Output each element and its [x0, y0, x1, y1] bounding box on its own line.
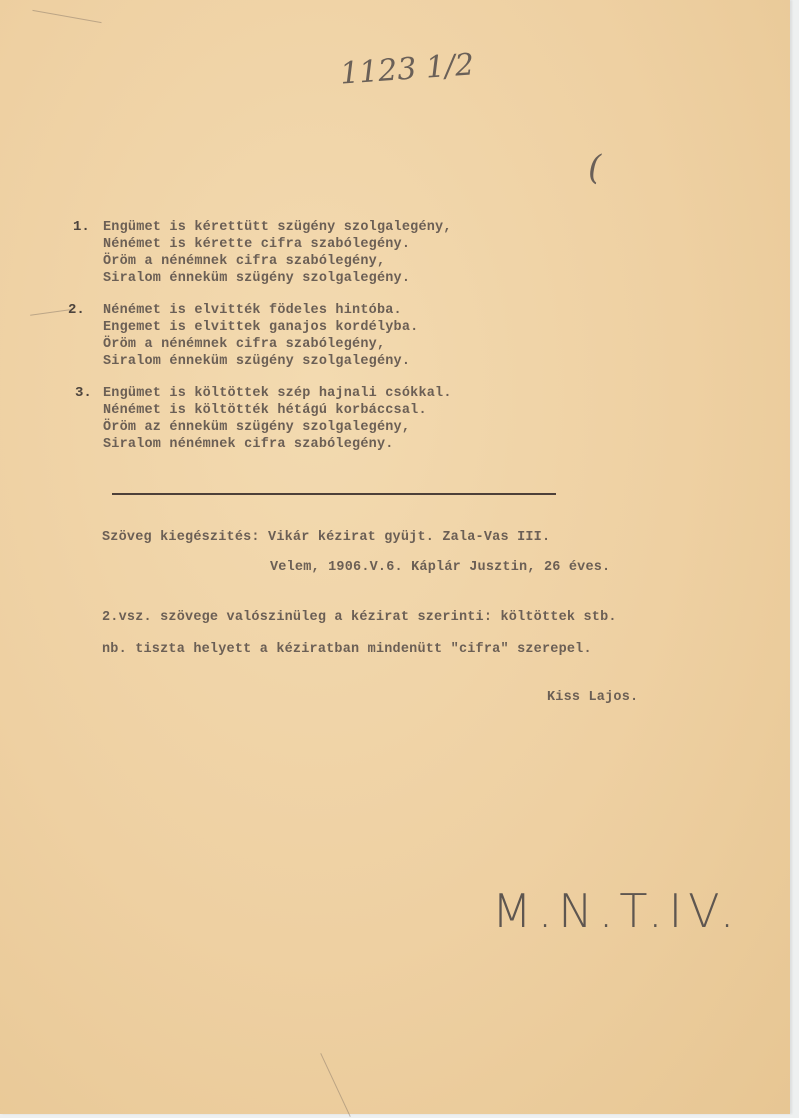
nb-note: nb. tiszta helyett a kéziratban mindenüt… — [102, 641, 592, 658]
collection-note: Velem, 1906.V.6. Káplár Jusztin, 26 éves… — [270, 559, 610, 576]
verse-line: Öröm a nénémnek cifra szabólegény, — [103, 253, 385, 270]
verse-line: Siralom énneküm szügény szolgalegény. — [103, 270, 410, 287]
verse-number: 1. — [73, 219, 90, 235]
verse-line: Engümet is kérettütt szügény szolgalegén… — [103, 219, 452, 236]
verse-line: Engümet is költöttek szép hajnali csókka… — [103, 385, 452, 402]
verse-line: Nénémet is költötték hétágú korbáccsal. — [103, 402, 427, 419]
catalog-number: 1123 1/2 — [339, 47, 475, 91]
source-note: Szöveg kiegészités: Vikár kézirat gyüjt.… — [102, 529, 550, 546]
footer-mark: M.N.T.IV. — [492, 884, 740, 938]
margin-mark: ( — [588, 148, 601, 188]
verse-number: 3. — [75, 385, 92, 401]
document-page: 1123 1/2 ( 1. Engümet is kérettütt szügé… — [0, 0, 790, 1114]
verse-line: Siralom énneküm szügény szolgalegény. — [103, 353, 410, 370]
verse-line: Nénémet is elvitték födeles hintóba. — [103, 302, 402, 319]
paper-crease — [320, 1053, 350, 1117]
verse-note: 2.vsz. szövege valószinüleg a kézirat sz… — [102, 609, 617, 626]
verse-line: Öröm a nénémnek cifra szabólegény, — [103, 336, 385, 353]
paper-crease — [30, 309, 70, 316]
verse-line: Nénémet is kérette cifra szabólegény. — [103, 236, 410, 253]
verse-line: Siralom nénémnek cifra szabólegény. — [103, 436, 394, 453]
verse-line: Öröm az énneküm szügény szolgalegény, — [103, 419, 410, 436]
paper-crease — [32, 10, 101, 23]
verse-number: 2. — [68, 302, 85, 318]
divider-line — [112, 493, 556, 495]
signature: Kiss Lajos. — [547, 689, 638, 706]
verse-line: Engemet is elvittek ganajos kordélyba. — [103, 319, 418, 336]
